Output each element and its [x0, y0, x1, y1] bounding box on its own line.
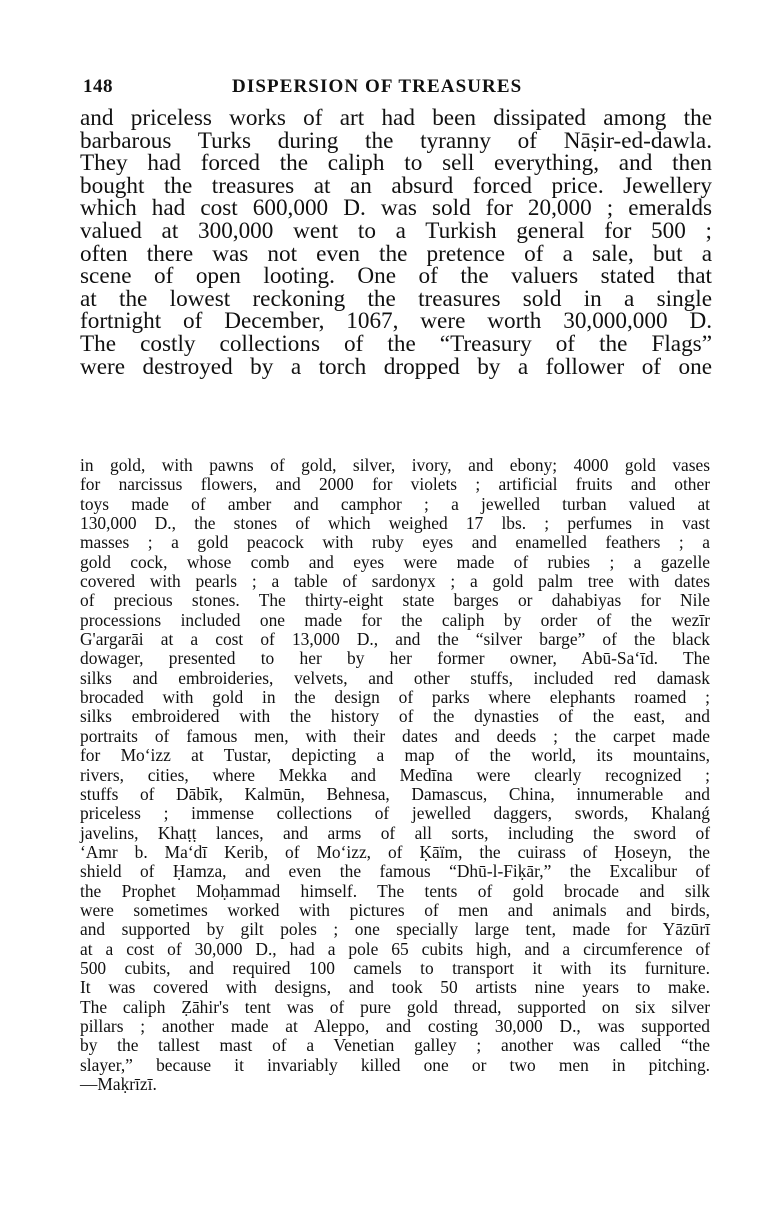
footnote-line: stuffs of Dābīk, Kalmūn, Behnesa, Damasc… [80, 785, 710, 804]
footnote-line: silks and embroideries, velvets, and oth… [80, 669, 710, 688]
footnote-line: javelins, Khaṭṭ lances, and arms of all … [80, 824, 710, 843]
footnote-line: the Prophet Moḥammad himself. The tents … [80, 882, 710, 901]
footnote-line: and supported by gilt poles ; one specia… [80, 920, 710, 939]
footnote-line: pillars ; another made at Aleppo, and co… [80, 1017, 710, 1036]
footnote-attribution: —Maḳrīzī. [80, 1075, 710, 1094]
text-line: which had cost 600,000 D. was sold for 2… [80, 197, 712, 220]
text-line: fortnight of December, 1067, were worth … [80, 310, 712, 333]
text-line: They had forced the caliph to sell every… [80, 152, 712, 175]
page-header: 148 DISPERSION OF TREASURES [83, 76, 711, 100]
footnote-line: dowager, presented to her by her former … [80, 649, 710, 668]
footnote-line: masses ; a gold peacock with ruby eyes a… [80, 533, 710, 552]
running-head: DISPERSION OF TREASURES [232, 76, 522, 98]
text-line: and priceless works of art had been diss… [80, 107, 712, 130]
text-line: at the lowest reckoning the treasures so… [80, 288, 712, 311]
text-line: scene of open looting. One of the valuer… [80, 265, 712, 288]
footnote-line: ‘Amr b. Ma‘dī Kerib, of Mo‘izz, of Ḳāïm,… [80, 843, 710, 862]
footnote-line: portraits of famous men, with their date… [80, 727, 710, 746]
footnote-line: gold cock, whose comb and eyes were made… [80, 553, 710, 572]
text-line: valued at 300,000 went to a Turkish gene… [80, 220, 712, 243]
footnote-line: for Mo‘izz at Tustar, depicting a map of… [80, 746, 710, 765]
text-line: were destroyed by a torch dropped by a f… [80, 356, 712, 379]
footnote-line: at a cost of 30,000 D., had a pole 65 cu… [80, 940, 710, 959]
footnote-line: 500 cubits, and required 100 camels to t… [80, 959, 710, 978]
footnote-line: rivers, cities, where Mekka and Medīna w… [80, 766, 710, 785]
footnote-line: covered with pearls ; a table of sardony… [80, 572, 710, 591]
page-number: 148 [83, 76, 113, 98]
footnote-line: for narcissus flowers, and 2000 for viol… [80, 475, 710, 494]
main-text: and priceless works of art had been diss… [80, 107, 712, 378]
text-line: often there was not even the pretence of… [80, 243, 712, 266]
footnote-line: priceless ; immense collections of jewel… [80, 804, 710, 823]
footnote-line: silks embroidered with the history of th… [80, 707, 710, 726]
footnote-line: The caliph Ẓāhir's tent was of pure gold… [80, 998, 710, 1017]
footnote-line: shield of Ḥamza, and even the famous “Dh… [80, 862, 710, 881]
footnote-line: in gold, with pawns of gold, silver, ivo… [80, 456, 710, 475]
footnote-line: 130,000 D., the stones of which weighed … [80, 514, 710, 533]
footnote-line: G'argarāi at a cost of 13,000 D., and th… [80, 630, 710, 649]
footnote: in gold, with pawns of gold, silver, ivo… [80, 456, 710, 1094]
footnote-line: processions included one made for the ca… [80, 611, 710, 630]
footnote-line: slayer,” because it invariably killed on… [80, 1056, 710, 1075]
footnote-line: by the tallest mast of a Venetian galley… [80, 1036, 710, 1055]
footnote-line: brocaded with gold in the design of park… [80, 688, 710, 707]
text-line: barbarous Turks during the tyranny of Nā… [80, 130, 712, 153]
footnote-line: It was covered with designs, and took 50… [80, 978, 710, 997]
text-line: bought the treasures at an absurd forced… [80, 175, 712, 198]
footnote-line: were sometimes worked with pictures of m… [80, 901, 710, 920]
footnote-line: toys made of amber and camphor ; a jewel… [80, 495, 710, 514]
text-line: The costly collections of the “Treasury … [80, 333, 712, 356]
footnote-line: of precious stones. The thirty-eight sta… [80, 591, 710, 610]
